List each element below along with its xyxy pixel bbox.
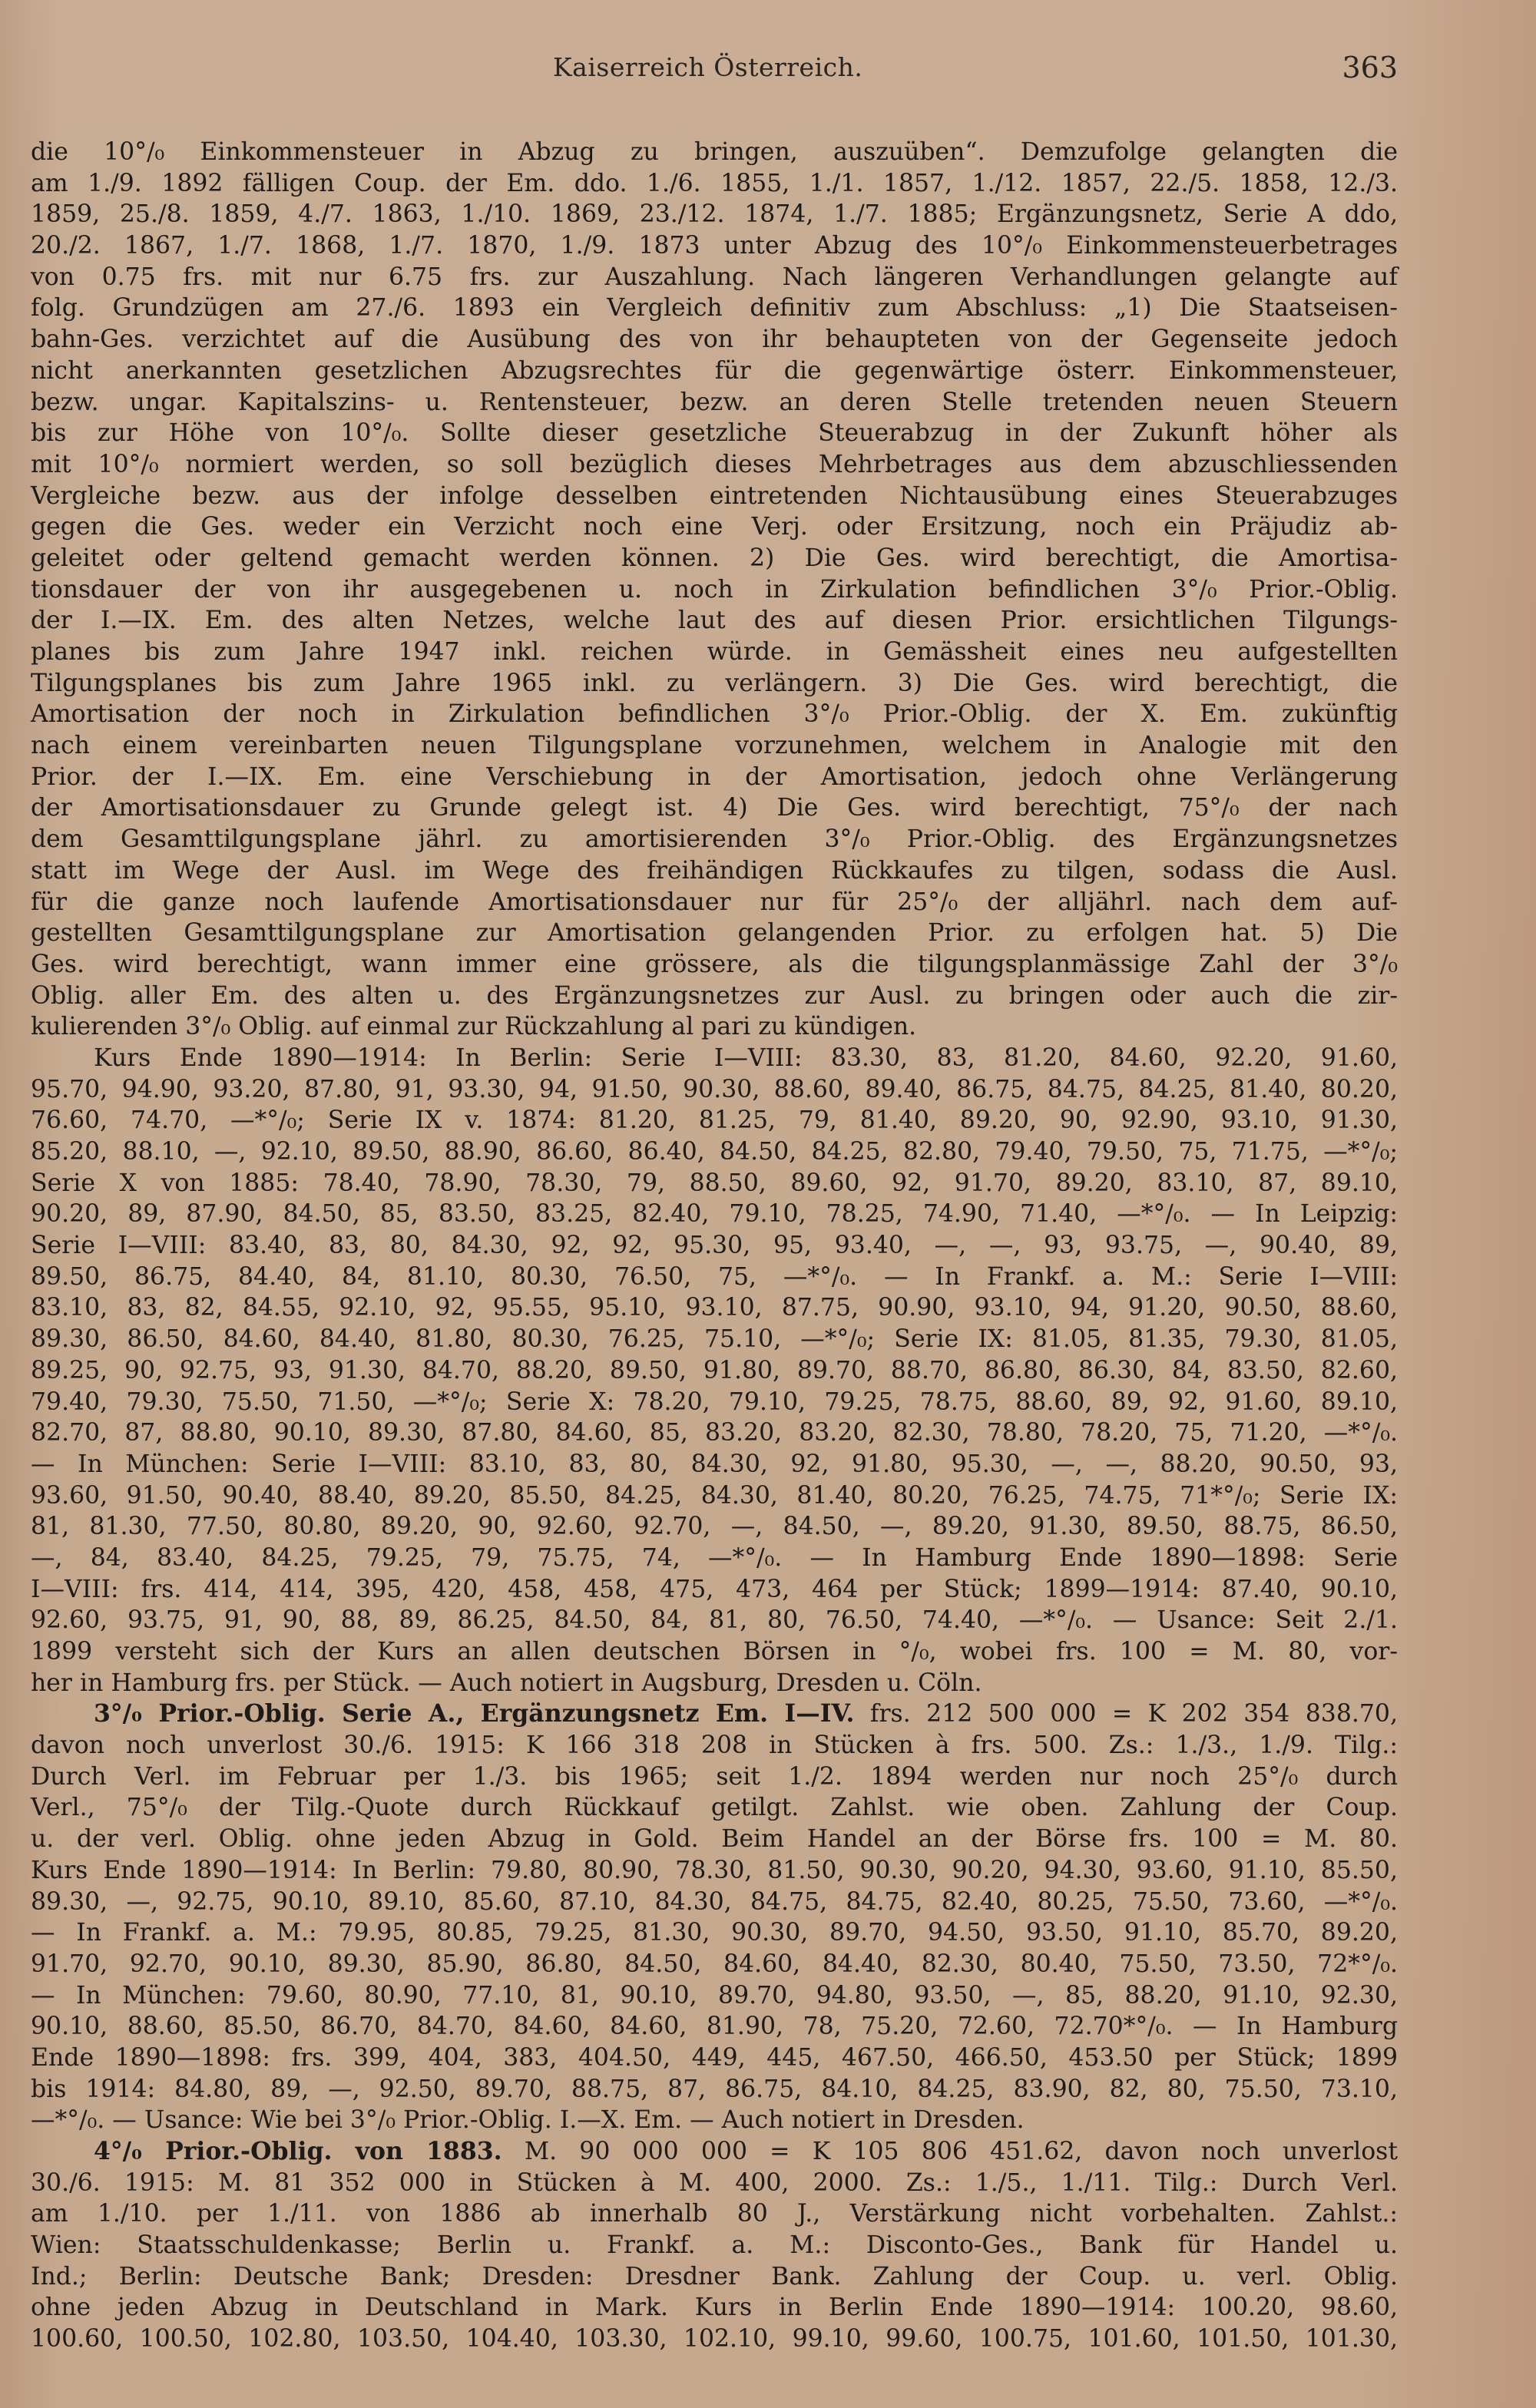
line-text: — In Frankf. a. M.: 79.95, 80.85, 79.25,… bbox=[31, 1919, 1398, 1947]
line-text: 20./2. 1867, 1./7. 1868, 1./7. 1870, 1./… bbox=[31, 232, 1398, 260]
text-line: am 1./10. per 1./11. von 1886 ab innerha… bbox=[31, 2198, 1398, 2230]
text-line: 92.60, 93.75, 91, 90, 88, 89, 86.25, 84.… bbox=[31, 1605, 1398, 1636]
text-line: ohne jeden Abzug in Deutschland in Mark.… bbox=[31, 2292, 1398, 2324]
body-text: die 10°/₀ Einkommensteuer in Abzug zu br… bbox=[31, 137, 1398, 2355]
text-line: 89.50, 86.75, 84.40, 84, 81.10, 80.30, 7… bbox=[31, 1262, 1398, 1293]
line-text: der Amortisationsdauer zu Grunde gelegt … bbox=[31, 794, 1398, 822]
line-text: 81, 81.30, 77.50, 80.80, 89.20, 90, 92.6… bbox=[31, 1513, 1398, 1540]
text-line: nicht anerkannten gesetzlichen Abzugsrec… bbox=[31, 356, 1398, 387]
line-text: 95.70, 94.90, 93.20, 87.80, 91, 93.30, 9… bbox=[31, 1076, 1398, 1103]
text-line: 79.40, 79.30, 75.50, 71.50, —*°/₀; Serie… bbox=[31, 1387, 1398, 1418]
line-text: 1859, 25./8. 1859, 4./7. 1863, 1./10. 18… bbox=[31, 200, 1398, 228]
line-text: von 0.75 frs. mit nur 6.75 frs. zur Ausz… bbox=[31, 263, 1398, 291]
running-title: Kaiserreich Österreich. bbox=[553, 52, 862, 82]
line-text: bezw. ungar. Kapitalszins- u. Rentensteu… bbox=[31, 389, 1398, 416]
text-line: bahn-Ges. verzichtet auf die Ausübung de… bbox=[31, 324, 1398, 356]
line-text: Kurs Ende 1890—1914: In Berlin: Serie I—… bbox=[94, 1044, 1398, 1072]
line-text: 83.10, 83, 82, 84.55, 92.10, 92, 95.55, … bbox=[31, 1294, 1398, 1321]
line-text: Serie X von 1885: 78.40, 78.90, 78.30, 7… bbox=[31, 1169, 1398, 1197]
text-line: gegen die Ges. weder ein Verzicht noch e… bbox=[31, 511, 1398, 543]
text-line: 20./2. 1867, 1./7. 1868, 1./7. 1870, 1./… bbox=[31, 230, 1398, 262]
line-text: am 1./10. per 1./11. von 1886 ab innerha… bbox=[31, 2200, 1398, 2228]
section-heading-line: 3°/₀ Prior.-Oblig. Serie A., Ergänzungsn… bbox=[31, 1698, 1398, 1730]
line-text: —*°/₀. — Usance: Wie bei 3°/₀ Prior.-Obl… bbox=[31, 2106, 1025, 2134]
text-line: Vergleiche bezw. aus der infolge desselb… bbox=[31, 481, 1398, 512]
line-text: —, 84, 83.40, 84.25, 79.25, 79, 75.75, 7… bbox=[31, 1544, 1398, 1572]
text-line: 100.60, 100.50, 102.80, 103.50, 104.40, … bbox=[31, 2324, 1398, 2355]
line-text: davon noch unverlost 30./6. 1915: K 166 … bbox=[31, 1732, 1398, 1759]
line-text: 93.60, 91.50, 90.40, 88.40, 89.20, 85.50… bbox=[31, 1482, 1398, 1510]
line-text: Durch Verl. im Februar per 1./3. bis 196… bbox=[31, 1763, 1398, 1791]
line-text: für die ganze noch laufende Amortisation… bbox=[31, 888, 1398, 916]
line-text: am 1./9. 1892 fälligen Coup. der Em. ddo… bbox=[31, 170, 1398, 197]
text-line: bis zur Höhe von 10°/₀. Sollte dieser ge… bbox=[31, 418, 1398, 449]
text-line: dem Gesamttilgungsplane jährl. zu amorti… bbox=[31, 824, 1398, 855]
line-text: der I.—IX. Em. des alten Netzes, welche … bbox=[31, 607, 1398, 634]
text-line: 90.20, 89, 87.90, 84.50, 85, 83.50, 83.2… bbox=[31, 1199, 1398, 1230]
line-text: Amortisation der noch in Zirkulation bef… bbox=[31, 700, 1398, 728]
line-text: 85.20, 88.10, —, 92.10, 89.50, 88.90, 86… bbox=[31, 1138, 1398, 1166]
line-text: frs. 212 500 000 = K 202 354 838.70, bbox=[854, 1700, 1398, 1728]
section-heading-line: 4°/₀ Prior.-Oblig. von 1883. M. 90 000 0… bbox=[31, 2136, 1398, 2168]
line-text: Ende 1890—1898: frs. 399, 404, 383, 404.… bbox=[31, 2044, 1398, 2072]
line-text: planes bis zum Jahre 1947 inkl. reichen … bbox=[31, 638, 1398, 666]
text-line: von 0.75 frs. mit nur 6.75 frs. zur Ausz… bbox=[31, 262, 1398, 293]
line-text: Wien: Staatsschuldenkasse; Berlin u. Fra… bbox=[31, 2231, 1398, 2259]
line-text: 92.60, 93.75, 91, 90, 88, 89, 86.25, 84.… bbox=[31, 1606, 1398, 1634]
text-line: Amortisation der noch in Zirkulation bef… bbox=[31, 699, 1398, 730]
text-line: der I.—IX. Em. des alten Netzes, welche … bbox=[31, 605, 1398, 637]
text-line: 90.10, 88.60, 85.50, 86.70, 84.70, 84.60… bbox=[31, 2011, 1398, 2043]
text-line: 81, 81.30, 77.50, 80.80, 89.20, 90, 92.6… bbox=[31, 1511, 1398, 1543]
text-line: für die ganze noch laufende Amortisation… bbox=[31, 887, 1398, 918]
text-line: — In München: Serie I—VIII: 83.10, 83, 8… bbox=[31, 1449, 1398, 1480]
text-line: Oblig. aller Em. des alten u. des Ergänz… bbox=[31, 981, 1398, 1012]
text-line: —, 84, 83.40, 84.25, 79.25, 79, 75.75, 7… bbox=[31, 1543, 1398, 1574]
text-line: Wien: Staatsschuldenkasse; Berlin u. Fra… bbox=[31, 2230, 1398, 2261]
text-line: 89.30, —, 92.75, 90.10, 89.10, 85.60, 87… bbox=[31, 1887, 1398, 1918]
line-text: nach einem vereinbarten neuen Tilgungspl… bbox=[31, 732, 1398, 759]
text-line: 76.60, 74.70, —*°/₀; Serie IX v. 1874: 8… bbox=[31, 1105, 1398, 1136]
line-text: Vergleiche bezw. aus der infolge desselb… bbox=[31, 482, 1398, 510]
text-line: 1899 versteht sich der Kurs an allen deu… bbox=[31, 1636, 1398, 1668]
text-line: Ges. wird berechtigt, wann immer eine gr… bbox=[31, 949, 1398, 981]
text-line: Tilgungsplanes bis zum Jahre 1965 inkl. … bbox=[31, 668, 1398, 700]
line-text: ohne jeden Abzug in Deutschland in Mark.… bbox=[31, 2294, 1398, 2321]
text-line: folg. Grundzügen am 27./6. 1893 ein Verg… bbox=[31, 293, 1398, 324]
text-line: Ind.; Berlin: Deutsche Bank; Dresden: Dr… bbox=[31, 2261, 1398, 2293]
text-line: 83.10, 83, 82, 84.55, 92.10, 92, 95.55, … bbox=[31, 1292, 1398, 1324]
line-text: 100.60, 100.50, 102.80, 103.50, 104.40, … bbox=[31, 2325, 1398, 2353]
line-text: u. der verl. Oblig. ohne jeden Abzug in … bbox=[31, 1825, 1398, 1853]
text-line: Durch Verl. im Februar per 1./3. bis 196… bbox=[31, 1761, 1398, 1793]
text-line: 30./6. 1915: M. 81 352 000 in Stücken à … bbox=[31, 2168, 1398, 2199]
line-text: Prior. der I.—IX. Em. eine Verschiebung … bbox=[31, 763, 1398, 791]
text-line: gestellten Gesamttilgungsplane zur Amort… bbox=[31, 918, 1398, 949]
text-line: Serie I—VIII: 83.40, 83, 80, 84.30, 92, … bbox=[31, 1230, 1398, 1262]
line-text: 90.20, 89, 87.90, 84.50, 85, 83.50, 83.2… bbox=[31, 1200, 1398, 1228]
text-line: Serie X von 1885: 78.40, 78.90, 78.30, 7… bbox=[31, 1168, 1398, 1199]
section-heading: 3°/₀ Prior.-Oblig. Serie A., Ergänzungsn… bbox=[94, 1699, 854, 1728]
line-text: her in Hamburg frs. per Stück. — Auch no… bbox=[31, 1669, 982, 1697]
text-line: 93.60, 91.50, 90.40, 88.40, 89.20, 85.50… bbox=[31, 1480, 1398, 1512]
line-text: Serie I—VIII: 83.40, 83, 80, 84.30, 92, … bbox=[31, 1232, 1398, 1259]
text-line: — In Frankf. a. M.: 79.95, 80.85, 79.25,… bbox=[31, 1917, 1398, 1949]
line-text: 76.60, 74.70, —*°/₀; Serie IX v. 1874: 8… bbox=[31, 1106, 1398, 1134]
line-text: mit 10°/₀ normiert werden, so soll bezüg… bbox=[31, 451, 1398, 478]
line-text: 79.40, 79.30, 75.50, 71.50, —*°/₀; Serie… bbox=[31, 1388, 1398, 1416]
text-line: 85.20, 88.10, —, 92.10, 89.50, 88.90, 86… bbox=[31, 1136, 1398, 1168]
text-line: mit 10°/₀ normiert werden, so soll bezüg… bbox=[31, 449, 1398, 481]
text-line: statt im Wege der Ausl. im Wege des frei… bbox=[31, 855, 1398, 887]
text-line: 89.25, 90, 92.75, 93, 91.30, 84.70, 88.2… bbox=[31, 1355, 1398, 1387]
line-text: Verl., 75°/₀ der Tilg.-Quote durch Rückk… bbox=[31, 1794, 1398, 1821]
line-text: 89.30, 86.50, 84.60, 84.40, 81.80, 80.30… bbox=[31, 1325, 1398, 1353]
text-line: der Amortisationsdauer zu Grunde gelegt … bbox=[31, 792, 1398, 824]
line-text: 89.25, 90, 92.75, 93, 91.30, 84.70, 88.2… bbox=[31, 1357, 1398, 1384]
text-line: 1859, 25./8. 1859, 4./7. 1863, 1./10. 18… bbox=[31, 199, 1398, 230]
text-line: tionsdauer der von ihr ausgegebenen u. n… bbox=[31, 574, 1398, 606]
text-line: kulierenden 3°/₀ Oblig. auf einmal zur R… bbox=[31, 1011, 1398, 1043]
line-text: folg. Grundzügen am 27./6. 1893 ein Verg… bbox=[31, 294, 1398, 322]
line-text: 89.50, 86.75, 84.40, 84, 81.10, 80.30, 7… bbox=[31, 1263, 1398, 1291]
line-text: tionsdauer der von ihr ausgegebenen u. n… bbox=[31, 576, 1398, 604]
text-line: bis 1914: 84.80, 89, —, 92.50, 89.70, 88… bbox=[31, 2074, 1398, 2105]
page-number: 363 bbox=[1342, 51, 1398, 84]
line-text: M. 90 000 000 = K 105 806 451.62, davon … bbox=[502, 2138, 1398, 2165]
line-text: Tilgungsplanes bis zum Jahre 1965 inkl. … bbox=[31, 670, 1398, 697]
line-text: 82.70, 87, 88.80, 90.10, 89.30, 87.80, 8… bbox=[31, 1419, 1398, 1447]
text-line: 91.70, 92.70, 90.10, 89.30, 85.90, 86.80… bbox=[31, 1949, 1398, 1980]
text-line: bezw. ungar. Kapitalszins- u. Rentensteu… bbox=[31, 387, 1398, 418]
text-line: davon noch unverlost 30./6. 1915: K 166 … bbox=[31, 1730, 1398, 1761]
line-text: gegen die Ges. weder ein Verzicht noch e… bbox=[31, 513, 1398, 541]
running-head: Kaiserreich Österreich. 363 bbox=[31, 52, 1398, 91]
text-line: 89.30, 86.50, 84.60, 84.40, 81.80, 80.30… bbox=[31, 1324, 1398, 1355]
text-line: am 1./9. 1892 fälligen Coup. der Em. ddo… bbox=[31, 168, 1398, 200]
line-text: I—VIII: frs. 414, 414, 395, 420, 458, 45… bbox=[31, 1576, 1398, 1603]
section-heading: 4°/₀ Prior.-Oblig. von 1883. bbox=[94, 2137, 502, 2165]
line-text: bis 1914: 84.80, 89, —, 92.50, 89.70, 88… bbox=[31, 2076, 1398, 2103]
line-text: Ges. wird berechtigt, wann immer eine gr… bbox=[31, 951, 1398, 978]
line-text: bahn-Ges. verzichtet auf die Ausübung de… bbox=[31, 326, 1398, 353]
text-line: planes bis zum Jahre 1947 inkl. reichen … bbox=[31, 637, 1398, 668]
text-line: 82.70, 87, 88.80, 90.10, 89.30, 87.80, 8… bbox=[31, 1417, 1398, 1449]
line-text: — In München: Serie I—VIII: 83.10, 83, 8… bbox=[31, 1450, 1398, 1478]
text-line: I—VIII: frs. 414, 414, 395, 420, 458, 45… bbox=[31, 1574, 1398, 1606]
line-text: nicht anerkannten gesetzlichen Abzugsrec… bbox=[31, 357, 1398, 385]
text-line: u. der verl. Oblig. ohne jeden Abzug in … bbox=[31, 1824, 1398, 1855]
line-text: bis zur Höhe von 10°/₀. Sollte dieser ge… bbox=[31, 419, 1398, 447]
line-text: geleitet oder geltend gemacht werden kön… bbox=[31, 544, 1398, 572]
text-line: die 10°/₀ Einkommensteuer in Abzug zu br… bbox=[31, 137, 1398, 168]
text-line: Kurs Ende 1890—1914: In Berlin: Serie I—… bbox=[31, 1043, 1398, 1074]
text-line: Verl., 75°/₀ der Tilg.-Quote durch Rückk… bbox=[31, 1792, 1398, 1824]
line-text: gestellten Gesamttilgungsplane zur Amort… bbox=[31, 919, 1398, 947]
text-line: geleitet oder geltend gemacht werden kön… bbox=[31, 543, 1398, 574]
text-line: —*°/₀. — Usance: Wie bei 3°/₀ Prior.-Obl… bbox=[31, 2105, 1398, 2136]
line-text: statt im Wege der Ausl. im Wege des frei… bbox=[31, 857, 1398, 885]
text-line: her in Hamburg frs. per Stück. — Auch no… bbox=[31, 1668, 1398, 1699]
line-text: dem Gesamttilgungsplane jährl. zu amorti… bbox=[31, 825, 1398, 853]
line-text: 91.70, 92.70, 90.10, 89.30, 85.90, 86.80… bbox=[31, 1950, 1398, 1978]
text-line: nach einem vereinbarten neuen Tilgungspl… bbox=[31, 730, 1398, 762]
text-line: Prior. der I.—IX. Em. eine Verschiebung … bbox=[31, 762, 1398, 793]
line-text: Ind.; Berlin: Deutsche Bank; Dresden: Dr… bbox=[31, 2263, 1398, 2291]
line-text: 90.10, 88.60, 85.50, 86.70, 84.70, 84.60… bbox=[31, 2013, 1398, 2040]
text-line: — In München: 79.60, 80.90, 77.10, 81, 9… bbox=[31, 1980, 1398, 2012]
text-line: Kurs Ende 1890—1914: In Berlin: 79.80, 8… bbox=[31, 1855, 1398, 1887]
line-text: — In München: 79.60, 80.90, 77.10, 81, 9… bbox=[31, 1982, 1398, 2009]
line-text: 30./6. 1915: M. 81 352 000 in Stücken à … bbox=[31, 2169, 1398, 2197]
line-text: die 10°/₀ Einkommensteuer in Abzug zu br… bbox=[31, 138, 1398, 166]
line-text: Kurs Ende 1890—1914: In Berlin: 79.80, 8… bbox=[31, 1857, 1398, 1884]
text-line: 95.70, 94.90, 93.20, 87.80, 91, 93.30, 9… bbox=[31, 1074, 1398, 1106]
text-line: Ende 1890—1898: frs. 399, 404, 383, 404.… bbox=[31, 2043, 1398, 2074]
line-text: Oblig. aller Em. des alten u. des Ergänz… bbox=[31, 982, 1398, 1010]
line-text: 1899 versteht sich der Kurs an allen deu… bbox=[31, 1638, 1398, 1665]
line-text: 89.30, —, 92.75, 90.10, 89.10, 85.60, 87… bbox=[31, 1888, 1398, 1916]
line-text: kulierenden 3°/₀ Oblig. auf einmal zur R… bbox=[31, 1013, 916, 1040]
